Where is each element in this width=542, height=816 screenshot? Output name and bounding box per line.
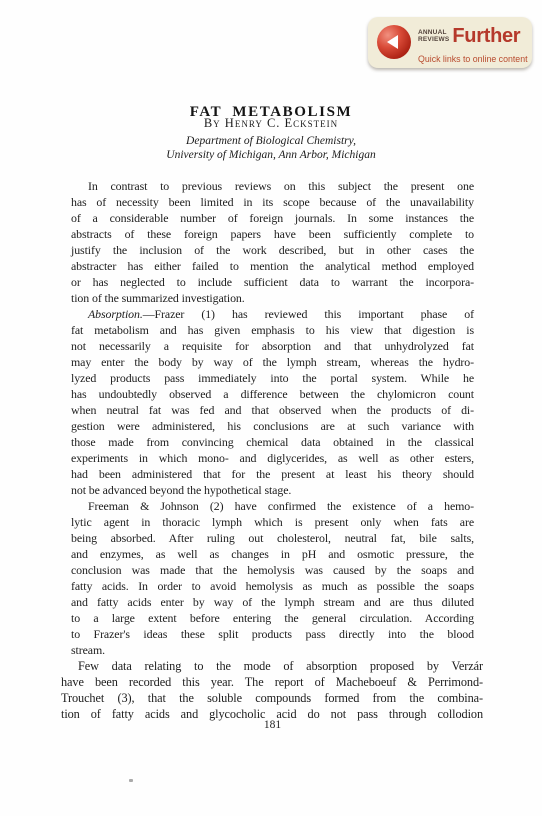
left-arrow-glyph	[387, 35, 398, 49]
body-line: had been administered that for the prese…	[71, 466, 474, 482]
page-number: 181	[71, 719, 474, 731]
badge-text: ANNUAL REVIEWS Further Quick links to on…	[418, 23, 530, 67]
article-byline: By Henry C. Eckstein	[0, 116, 542, 131]
article-body: In contrast to previous reviews on this …	[71, 178, 474, 722]
body-line: Trouchet (3), that the soluble compounds…	[61, 690, 483, 706]
brand-line-reviews: REVIEWS	[418, 36, 449, 43]
badge-subtitle: Quick links to online content	[418, 54, 528, 64]
brand-line-annual: ANNUAL	[418, 29, 449, 36]
body-line: and fatty acids enter by way of the lymp…	[71, 594, 474, 610]
body-line: abstracts of these foreign papers have b…	[71, 226, 474, 242]
body-line: may enter the body by way of the lymph s…	[71, 354, 474, 370]
body-line: gestion were administered, his conclusio…	[71, 418, 474, 434]
paragraph: Absorption.—Frazer (1) has reviewed this…	[71, 306, 474, 498]
paragraph: Few data relating to the mode of absorpt…	[61, 658, 483, 722]
scan-artifact-speck	[129, 779, 133, 782]
body-line: justify the inclusion of the work descri…	[71, 242, 474, 258]
body-line: have been recorded this year. The report…	[61, 674, 483, 690]
body-line: lytic agent in thoracic lymph which is p…	[71, 514, 474, 530]
body-line: tion of the summarized investigation.	[71, 290, 474, 306]
body-line: being absorbed. After ruling out cholest…	[71, 530, 474, 546]
body-line: In contrast to previous reviews on this …	[71, 178, 474, 194]
body-line: fatty acids. In order to avoid hemolysis…	[71, 578, 474, 594]
body-line: to a large extent before entering the ge…	[71, 610, 474, 626]
body-line: has undoubtedly observed a difference be…	[71, 386, 474, 402]
body-line: stream.	[71, 642, 474, 658]
body-line: not necessarily a requisite for absorpti…	[71, 338, 474, 354]
body-line: fat metabolism and has given emphasis to…	[71, 322, 474, 338]
further-arrow-icon[interactable]	[377, 25, 411, 59]
body-line: to Frazer's ideas these split products p…	[71, 626, 474, 642]
body-line: Absorption.—Frazer (1) has reviewed this…	[71, 306, 474, 322]
further-label: Further	[452, 25, 520, 48]
body-line: abstracter has either failed to mention …	[71, 258, 474, 274]
body-line: those made from convincing chemical data…	[71, 434, 474, 450]
body-line: lyzed products pass immediately into the…	[71, 370, 474, 386]
affiliation-block: Department of Biological Chemistry, Univ…	[0, 134, 542, 162]
body-line: experiments in which mono- and diglyceri…	[71, 450, 474, 466]
body-line: and enzymes, as well as changes in pH an…	[71, 546, 474, 562]
body-line: not be advanced beyond the hypothetical …	[71, 482, 474, 498]
body-line: of a considerable number of foreign jour…	[71, 210, 474, 226]
body-line: conclusion was made that the hemolysis w…	[71, 562, 474, 578]
badge-title-row: ANNUAL REVIEWS Further	[418, 23, 530, 49]
body-line: or has neglected to include sufficient d…	[71, 274, 474, 290]
annual-reviews-logo-text: ANNUAL REVIEWS	[418, 29, 449, 43]
body-line: Few data relating to the mode of absorpt…	[61, 658, 483, 674]
affiliation-line-1: Department of Biological Chemistry,	[0, 134, 542, 148]
paragraph: In contrast to previous reviews on this …	[71, 178, 474, 306]
body-line: when neutral fat was fed and that observ…	[71, 402, 474, 418]
body-line: Freeman & Johnson (2) have confirmed the…	[71, 498, 474, 514]
annual-reviews-further-badge[interactable]: ANNUAL REVIEWS Further Quick links to on…	[368, 17, 532, 68]
body-line: has of necessity been limited in its sco…	[71, 194, 474, 210]
paragraph: Freeman & Johnson (2) have confirmed the…	[71, 498, 474, 658]
scanned-page: ANNUAL REVIEWS Further Quick links to on…	[0, 0, 542, 816]
affiliation-line-2: University of Michigan, Ann Arbor, Michi…	[0, 148, 542, 162]
